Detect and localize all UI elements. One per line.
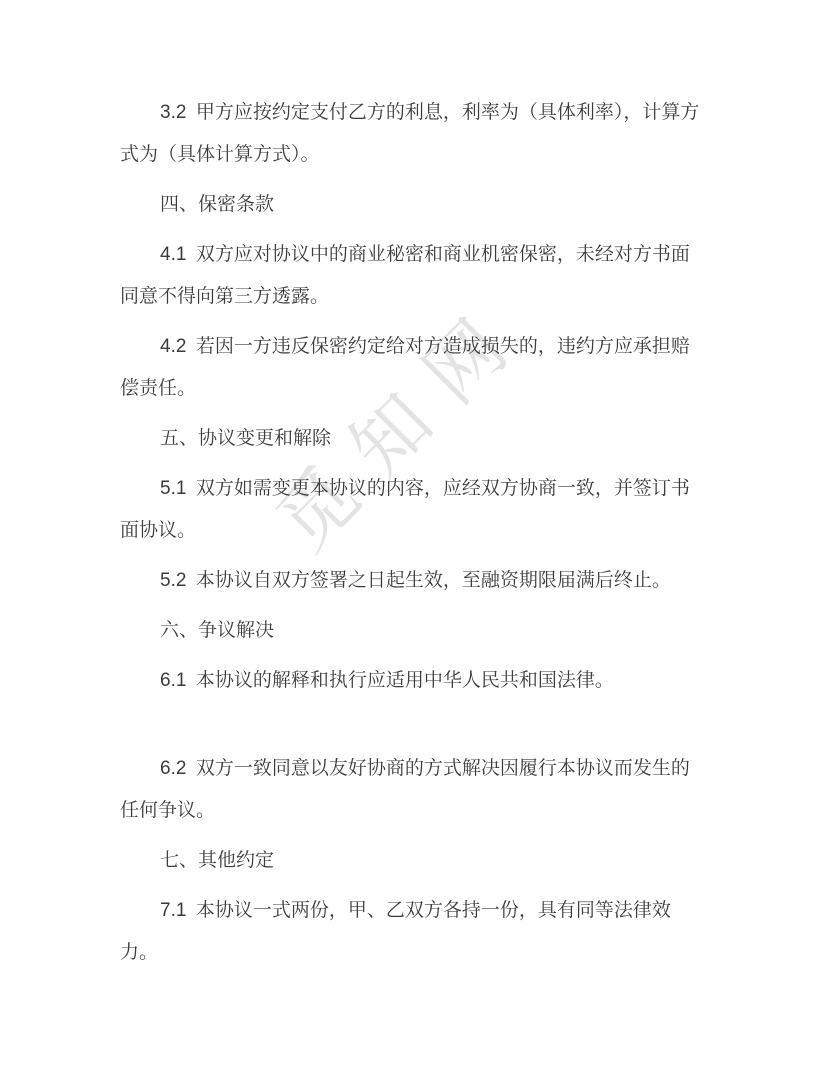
section-heading-4: 四、保密条款 [120, 184, 760, 226]
document-page: 觅知网 3.2 甲方应按约定支付乙方的利息，利率为（具体利率），计算方 式为（具… [0, 0, 830, 1074]
clause-4-2: 4.2 若因一方违反保密约定给对方造成损失的，违约方应承担赔 偿责任。 [120, 326, 760, 410]
clause-4-1: 4.1 双方应对协议中的商业秘密和商业机密保密，未经对方书面 同意不得向第三方透… [120, 234, 760, 318]
section-heading-7: 七、其他约定 [120, 840, 760, 882]
clause-5-1: 5.1 双方如需变更本协议的内容，应经双方协商一致，并签订书 面协议。 [120, 468, 760, 552]
section-heading-5: 五、协议变更和解除 [120, 418, 760, 460]
clause-7-1: 7.1 本协议一式两份，甲、乙双方各持一份，具有同等法律效 力。 [120, 890, 760, 974]
clause-5-2: 5.2 本协议自双方签署之日起生效，至融资期限届满后终止。 [120, 560, 760, 602]
section-heading-6: 六、争议解决 [120, 610, 760, 652]
clause-6-2: 6.2 双方一致同意以友好协商的方式解决因履行本协议而发生的 任何争议。 [120, 748, 760, 832]
clause-6-1: 6.1 本协议的解释和执行应适用中华人民共和国法律。 [120, 660, 760, 702]
clause-3-2: 3.2 甲方应按约定支付乙方的利息，利率为（具体利率），计算方 式为（具体计算方… [120, 92, 760, 176]
document-content: 3.2 甲方应按约定支付乙方的利息，利率为（具体利率），计算方 式为（具体计算方… [0, 0, 830, 1074]
